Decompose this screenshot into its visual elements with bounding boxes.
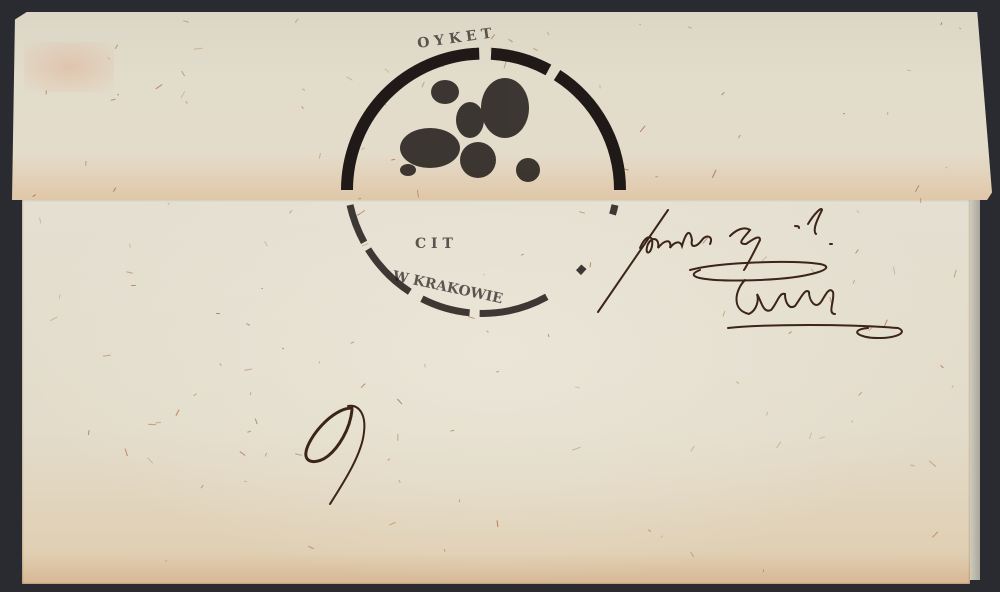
postmark-stamp: O Y K E T W KRAKOWIE C I T [347,26,620,314]
ink-markings: O Y K E T W KRAKOWIE C I T [0,0,1000,592]
letter-photo: O Y K E T W KRAKOWIE C I T porto Zyc 1. … [0,0,1000,592]
eagle-emblem-icon [400,78,540,182]
manuscript-porto-note [598,209,902,338]
svg-text:O Y K E T: O Y K E T [416,26,493,52]
svg-text:C I T: C I T [415,236,453,252]
manuscript-rate-numeral [306,406,365,504]
